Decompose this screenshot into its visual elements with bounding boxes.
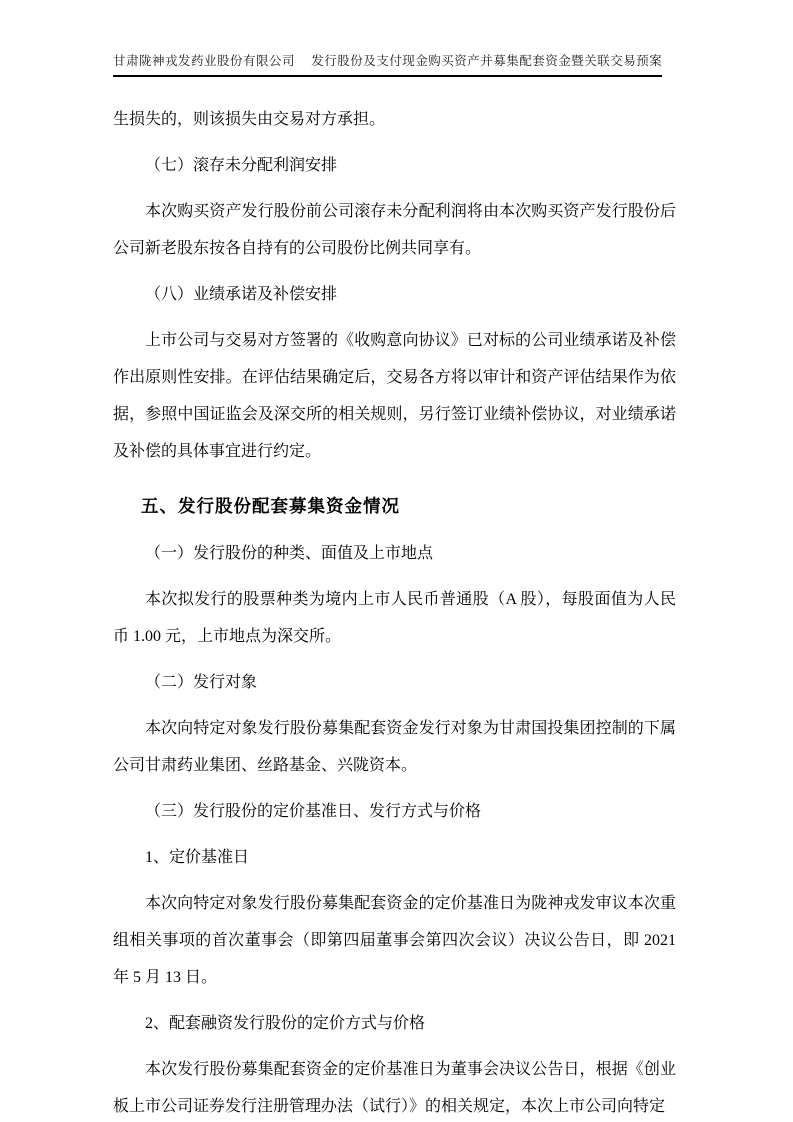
company-name: 甘肃陇神戎发药业股份有限公司 <box>113 54 295 68</box>
section-heading-5: 五、发行股份配套募集资金情况 <box>113 488 676 525</box>
num-heading-1: 1、定价基准日 <box>113 839 676 876</box>
document-body: 生损失的，则该损失由交易对方承担。 （七）滚存未分配利润安排 本次购买资产发行股… <box>113 101 676 1122</box>
sub-heading-2: （二）发行对象 <box>113 664 676 701</box>
running-header: 甘肃陇神戎发药业股份有限公司发行股份及支付现金购买资产并募集配套资金暨关联交易预… <box>113 52 662 77</box>
sub-heading-7: （七）滚存未分配利润安排 <box>113 147 676 184</box>
paragraph: 本次发行股份募集配套资金的定价基准日为董事会决议公告日，根据《创业板上市公司证券… <box>113 1051 676 1122</box>
paragraph: 本次拟发行的股票种类为境内上市人民币普通股（A 股），每股面值为人民币 1.00… <box>113 581 676 655</box>
sub-heading-8: （八）业绩承诺及补偿安排 <box>113 276 676 313</box>
paragraph: 生损失的，则该损失由交易对方承担。 <box>113 101 676 138</box>
paragraph: 本次向特定对象发行股份募集配套资金发行对象为甘肃国投集团控制的下属公司甘肃药业集… <box>113 710 676 784</box>
document-page: 甘肃陇神戎发药业股份有限公司发行股份及支付现金购买资产并募集配套资金暨关联交易预… <box>0 0 793 1122</box>
num-heading-2: 2、配套融资发行股份的定价方式与价格 <box>113 1005 676 1042</box>
sub-heading-1: （一）发行股份的种类、面值及上市地点 <box>113 535 676 572</box>
paragraph: 上市公司与交易对方签署的《收购意向协议》已对标的公司业绩承诺及补偿作出原则性安排… <box>113 322 676 470</box>
paragraph: 本次向特定对象发行股份募集配套资金的定价基准日为陇神戎发审议本次重组相关事项的首… <box>113 885 676 996</box>
sub-heading-3: （三）发行股份的定价基准日、发行方式与价格 <box>113 793 676 830</box>
paragraph: 本次购买资产发行股份前公司滚存未分配利润将由本次购买资产发行股份后公司新老股东按… <box>113 193 676 267</box>
document-title: 发行股份及支付现金购买资产并募集配套资金暨关联交易预案 <box>311 54 662 68</box>
